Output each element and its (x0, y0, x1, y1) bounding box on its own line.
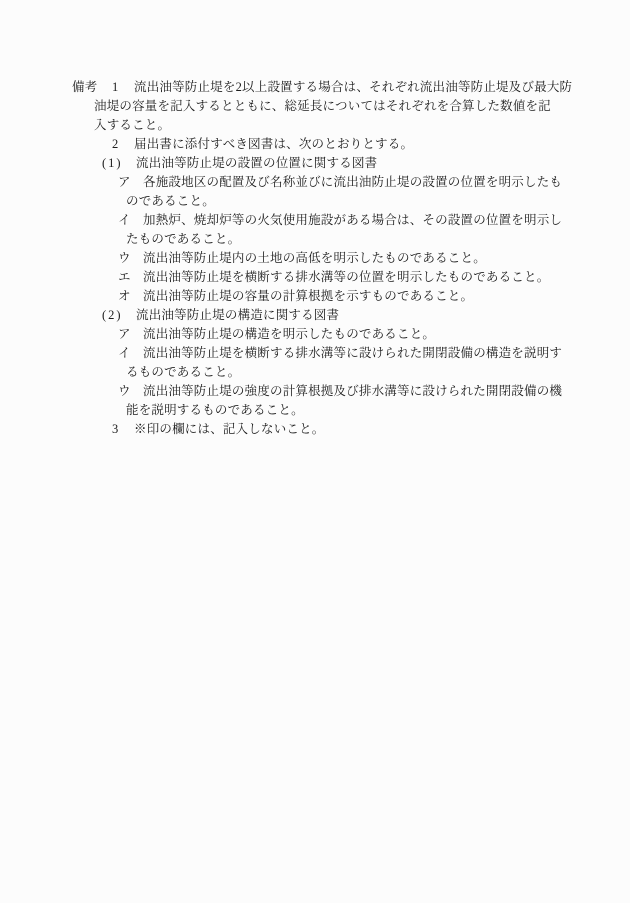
sub-item-label: ウ (118, 382, 131, 401)
scanned-document-page: 備考1流出油等防止堤を2以上設置する場合は、それぞれ流出油等防止堤及び最大防油堤… (0, 0, 630, 903)
clause-title: 流出油等防止堤の設置の位置に関する図書 (136, 154, 377, 173)
note-text: ※印の欄には、記入しないこと。 (134, 420, 325, 439)
text-line: (1)流出油等防止堤の設置の位置に関する図書 (0, 154, 630, 173)
remarks-section: 備考1流出油等防止堤を2以上設置する場合は、それぞれ流出油等防止堤及び最大防油堤… (0, 0, 630, 903)
text-line: 3※印の欄には、記入しないこと。 (0, 420, 630, 439)
text-line: イ流出油等防止堤を横断する排水溝等に設けられた開閉設備の構造を説明す (0, 344, 630, 363)
text-line: イ加熱炉、焼却炉等の火気使用施設がある場合は、その設置の位置を明示し (0, 211, 630, 230)
sub-item-label: ウ (118, 249, 131, 268)
sub-item-label: イ (118, 344, 131, 363)
note-number: 2 (112, 135, 118, 154)
sub-item-text: 流出油等防止堤の強度の計算根拠及び排水溝等に設けられた開閉設備の機 (143, 382, 562, 401)
note-number: 3 (112, 420, 118, 439)
sub-item-label: イ (118, 211, 131, 230)
text-line: 入すること。 (0, 116, 630, 135)
sub-item-text: たものであること。 (126, 230, 240, 249)
text-line: 備考1流出油等防止堤を2以上設置する場合は、それぞれ流出油等防止堤及び最大防 (0, 78, 630, 97)
sub-item-text: 流出油等防止堤の構造を明示したものであること。 (143, 325, 435, 344)
clause-label: (2) (102, 306, 123, 325)
text-line: のであること。 (0, 192, 630, 211)
note-number: 1 (112, 78, 118, 97)
remarks-label: 備考 (72, 78, 97, 97)
text-line: るものであること。 (0, 363, 630, 382)
text-line: 能を説明するものであること。 (0, 401, 630, 420)
sub-item-text: 各施設地区の配置及び名称並びに流出油防止堤の設置の位置を明示したも (143, 173, 562, 192)
text-line: エ流出油等防止堤を横断する排水溝等の位置を明示したものであること。 (0, 268, 630, 287)
note-text: 入すること。 (94, 116, 170, 135)
text-line: ウ流出油等防止堤の強度の計算根拠及び排水溝等に設けられた開閉設備の機 (0, 382, 630, 401)
text-line: ア流出油等防止堤の構造を明示したものであること。 (0, 325, 630, 344)
sub-item-label: ア (118, 173, 131, 192)
sub-item-text: 加熱炉、焼却炉等の火気使用施設がある場合は、その設置の位置を明示し (143, 211, 562, 230)
sub-item-text: 流出油等防止堤を横断する排水溝等に設けられた開閉設備の構造を説明す (143, 344, 562, 363)
sub-item-text: のであること。 (126, 192, 215, 211)
sub-item-label: エ (118, 268, 131, 287)
sub-item-text: るものであること。 (126, 363, 240, 382)
sub-item-text: 流出油等防止堤を横断する排水溝等の位置を明示したものであること。 (143, 268, 549, 287)
sub-item-text: 能を説明するものであること。 (126, 401, 304, 420)
text-line: (2)流出油等防止堤の構造に関する図書 (0, 306, 630, 325)
sub-item-text: 流出油等防止堤の容量の計算根拠を示すものであること。 (143, 287, 473, 306)
note-text: 油堤の容量を記入するとともに、総延長についてはそれぞれを合算した数値を記 (94, 97, 551, 116)
note-text: 届出書に添付すべき図書は、次のとおりとする。 (134, 135, 413, 154)
text-line: たものであること。 (0, 230, 630, 249)
text-line: 2届出書に添付すべき図書は、次のとおりとする。 (0, 135, 630, 154)
text-line: 油堤の容量を記入するとともに、総延長についてはそれぞれを合算した数値を記 (0, 97, 630, 116)
text-line: ア各施設地区の配置及び名称並びに流出油防止堤の設置の位置を明示したも (0, 173, 630, 192)
sub-item-label: ア (118, 325, 131, 344)
text-line: ウ流出油等防止堤内の土地の高低を明示したものであること。 (0, 249, 630, 268)
note-text: 流出油等防止堤を2以上設置する場合は、それぞれ流出油等防止堤及び最大防 (134, 78, 572, 97)
clause-label: (1) (102, 154, 123, 173)
sub-item-text: 流出油等防止堤内の土地の高低を明示したものであること。 (143, 249, 486, 268)
text-line: オ流出油等防止堤の容量の計算根拠を示すものであること。 (0, 287, 630, 306)
clause-title: 流出油等防止堤の構造に関する図書 (136, 306, 339, 325)
sub-item-label: オ (118, 287, 131, 306)
